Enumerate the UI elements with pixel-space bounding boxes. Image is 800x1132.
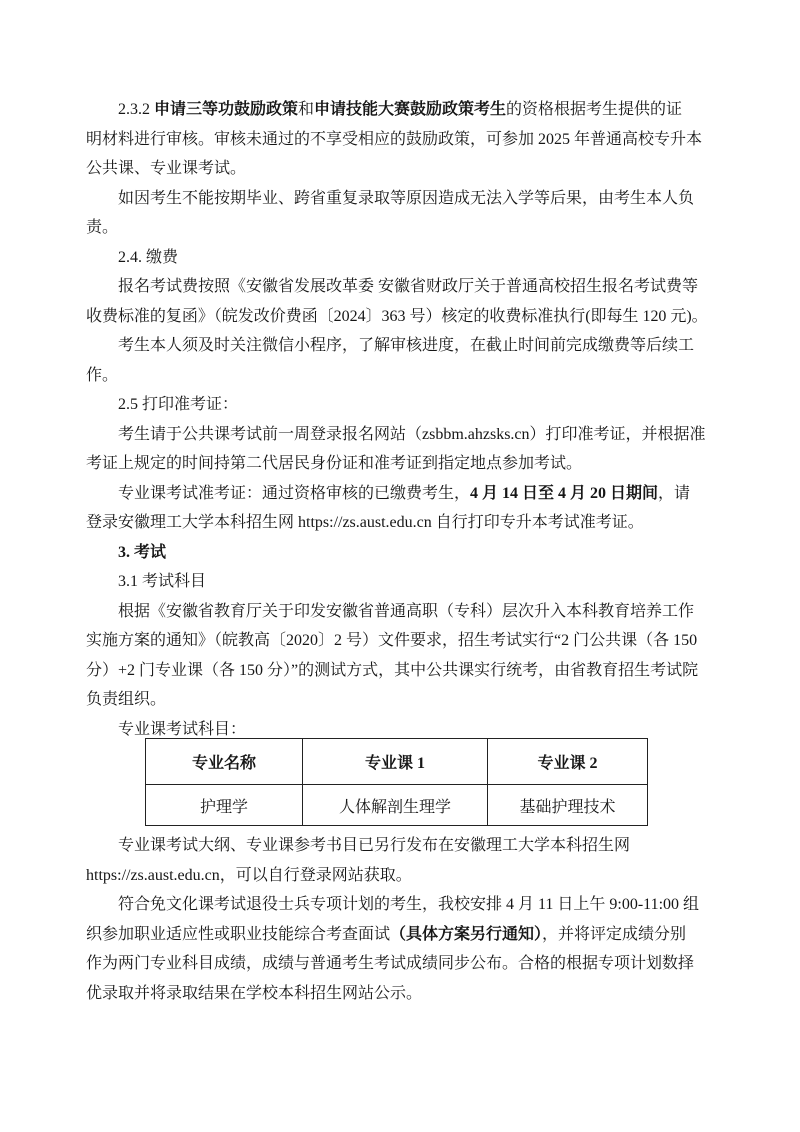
text-run: 负责组织。 bbox=[86, 691, 166, 708]
text-line: 2.3.2 申请三等功鼓励政策和申请技能大赛鼓励政策考生的资格根据考生提供的证 bbox=[86, 95, 708, 125]
text-line: 2.4. 缴费 bbox=[86, 243, 708, 273]
text-line: 登录安徽理工大学本科招生网 https://zs.aust.edu.cn 自行打… bbox=[86, 508, 708, 538]
text-run: 考生请于公共课考试前一周登录报名网站（zsbbm.ahzsks.cn）打印准考证… bbox=[118, 426, 706, 443]
text-run: 作。 bbox=[86, 367, 118, 384]
text-run: 如因考生不能按期毕业、跨省重复录取等原因造成无法入学等后果，由考生本人负 bbox=[118, 190, 694, 207]
text-run: 2.5 打印准考证： bbox=[118, 396, 238, 413]
text-run-bold: 4 月 14 日至 4 月 20 日期间 bbox=[470, 485, 658, 502]
text-line: 报名考试费按照《安徽省发展改革委 安徽省财政厅关于普通高校招生报名考试费等 bbox=[86, 272, 708, 302]
text-run: 作为两门专业科目成绩，成绩与普通考生考试成绩同步公布。合格的根据专项计划数择 bbox=[86, 955, 694, 972]
text-run: 考生本人须及时关注微信小程序，了解审核进度，在截止时间前完成缴费等后续工 bbox=[118, 337, 694, 354]
text-line: 明材料进行审核。审核未通过的不享受相应的鼓励政策，可参加 2025 年普通高校专… bbox=[86, 125, 708, 155]
text-run: 实施方案的通知》（皖教高〔2020〕2 号）文件要求，招生考试实行“2 门公共课… bbox=[86, 632, 697, 649]
text-run: 公共课、专业课考试。 bbox=[86, 160, 246, 177]
text-run: 2.3.2 bbox=[118, 101, 154, 118]
text-line: 织参加职业适应性或职业技能综合考查面试（具体方案另行通知），并将评定成绩分别 bbox=[86, 920, 708, 950]
document-content: 2.3.2 申请三等功鼓励政策和申请技能大赛鼓励政策考生的资格根据考生提供的证明… bbox=[86, 95, 708, 1008]
text-run: ，请 bbox=[658, 485, 690, 502]
subject-table-cell: 人体解剖生理学 bbox=[303, 785, 488, 826]
text-line: https://zs.aust.edu.cn，可以自行登录网站获取。 bbox=[86, 861, 708, 891]
text-run: 2.4. 缴费 bbox=[118, 249, 178, 266]
text-run: 优录取并将录取结果在学校本科招生网站公示。 bbox=[86, 985, 422, 1002]
text-line: 3. 考试 bbox=[86, 538, 708, 568]
text-line: 考生本人须及时关注微信小程序，了解审核进度，在截止时间前完成缴费等后续工 bbox=[86, 331, 708, 361]
text-line: 优录取并将录取结果在学校本科招生网站公示。 bbox=[86, 979, 708, 1009]
text-line: 根据《安徽省教育厅关于印发安徽省普通高职（专科）层次升入本科教育培养工作 bbox=[86, 597, 708, 627]
text-line: 作为两门专业科目成绩，成绩与普通考生考试成绩同步公布。合格的根据专项计划数择 bbox=[86, 949, 708, 979]
text-line: 符合免文化课考试退役士兵专项计划的考生，我校安排 4 月 11 日上午 9:00… bbox=[86, 890, 708, 920]
text-run: 收费标准的复函》（皖发改价费函〔2024〕363 号）核定的收费标准执行(即每生… bbox=[86, 308, 708, 325]
subject-table-cell: 基础护理技术 bbox=[488, 785, 648, 826]
subject-table-header-row: 专业名称专业课 1专业课 2 bbox=[146, 739, 648, 785]
text-run: 和 bbox=[298, 101, 314, 118]
subject-table-header-cell: 专业名称 bbox=[146, 739, 303, 785]
subject-table: 专业名称专业课 1专业课 2护理学人体解剖生理学基础护理技术 bbox=[145, 738, 648, 826]
text-run: 登录安徽理工大学本科招生网 https://zs.aust.edu.cn 自行打… bbox=[86, 514, 644, 531]
text-line: 负责组织。 bbox=[86, 685, 708, 715]
text-run: 的资格根据考生提供的证 bbox=[506, 101, 682, 118]
text-run: 符合免文化课考试退役士兵专项计划的考生，我校安排 4 月 11 日上午 9:00… bbox=[118, 896, 699, 913]
text-line: 2.5 打印准考证： bbox=[86, 390, 708, 420]
text-run: 专业课考试大纲、专业课参考书目已另行发布在安徽理工大学本科招生网 bbox=[118, 837, 630, 854]
text-run-bold: （具体方案另行通知） bbox=[390, 926, 542, 943]
text-line: 专业课考试准考证：通过资格审核的已缴费考生，4 月 14 日至 4 月 20 日… bbox=[86, 479, 708, 509]
text-line: 考证上规定的时间持第二代居民身份证和准考证到指定地点参加考试。 bbox=[86, 449, 708, 479]
text-run: 责。 bbox=[86, 219, 118, 236]
text-run: https://zs.aust.edu.cn，可以自行登录网站获取。 bbox=[86, 867, 412, 884]
text-line: 作。 bbox=[86, 361, 708, 391]
text-line: 专业课考试大纲、专业课参考书目已另行发布在安徽理工大学本科招生网 bbox=[86, 831, 708, 861]
text-run: 分）+2 门专业课（各 150 分）”的测试方式，其中公共课实行统考，由省教育招… bbox=[86, 662, 698, 679]
text-line: 实施方案的通知》（皖教高〔2020〕2 号）文件要求，招生考试实行“2 门公共课… bbox=[86, 626, 708, 656]
subject-table-header-cell: 专业课 1 bbox=[303, 739, 488, 785]
text-run: 根据《安徽省教育厅关于印发安徽省普通高职（专科）层次升入本科教育培养工作 bbox=[118, 603, 694, 620]
text-run: 专业课考试科目： bbox=[118, 721, 246, 738]
text-run: 考证上规定的时间持第二代居民身份证和准考证到指定地点参加考试。 bbox=[86, 455, 582, 472]
text-line: 责。 bbox=[86, 213, 708, 243]
text-run: 织参加职业适应性或职业技能综合考查面试 bbox=[86, 926, 390, 943]
document-page: 2.3.2 申请三等功鼓励政策和申请技能大赛鼓励政策考生的资格根据考生提供的证明… bbox=[0, 0, 800, 1132]
text-line: 收费标准的复函》（皖发改价费函〔2024〕363 号）核定的收费标准执行(即每生… bbox=[86, 302, 708, 332]
text-run: 明材料进行审核。审核未通过的不享受相应的鼓励政策，可参加 2025 年普通高校专… bbox=[86, 131, 702, 148]
text-run-bold: 3. 考试 bbox=[118, 544, 166, 561]
subject-table-row: 护理学人体解剖生理学基础护理技术 bbox=[146, 785, 648, 826]
text-line: 如因考生不能按期毕业、跨省重复录取等原因造成无法入学等后果，由考生本人负 bbox=[86, 184, 708, 214]
text-run: 专业课考试准考证：通过资格审核的已缴费考生， bbox=[118, 485, 470, 502]
subject-table-cell: 护理学 bbox=[146, 785, 303, 826]
text-run: 报名考试费按照《安徽省发展改革委 安徽省财政厅关于普通高校招生报名考试费等 bbox=[118, 278, 698, 295]
text-line: 分）+2 门专业课（各 150 分）”的测试方式，其中公共课实行统考，由省教育招… bbox=[86, 656, 708, 686]
text-run-bold: 申请技能大赛鼓励政策考生 bbox=[314, 101, 506, 118]
text-run: ，并将评定成绩分别 bbox=[542, 926, 686, 943]
text-line: 考生请于公共课考试前一周登录报名网站（zsbbm.ahzsks.cn）打印准考证… bbox=[86, 420, 708, 450]
text-line: 3.1 考试科目 bbox=[86, 567, 708, 597]
text-run: 3.1 考试科目 bbox=[118, 573, 206, 590]
text-run-bold: 申请三等功鼓励政策 bbox=[154, 101, 298, 118]
subject-table-header-cell: 专业课 2 bbox=[488, 739, 648, 785]
text-line: 公共课、专业课考试。 bbox=[86, 154, 708, 184]
